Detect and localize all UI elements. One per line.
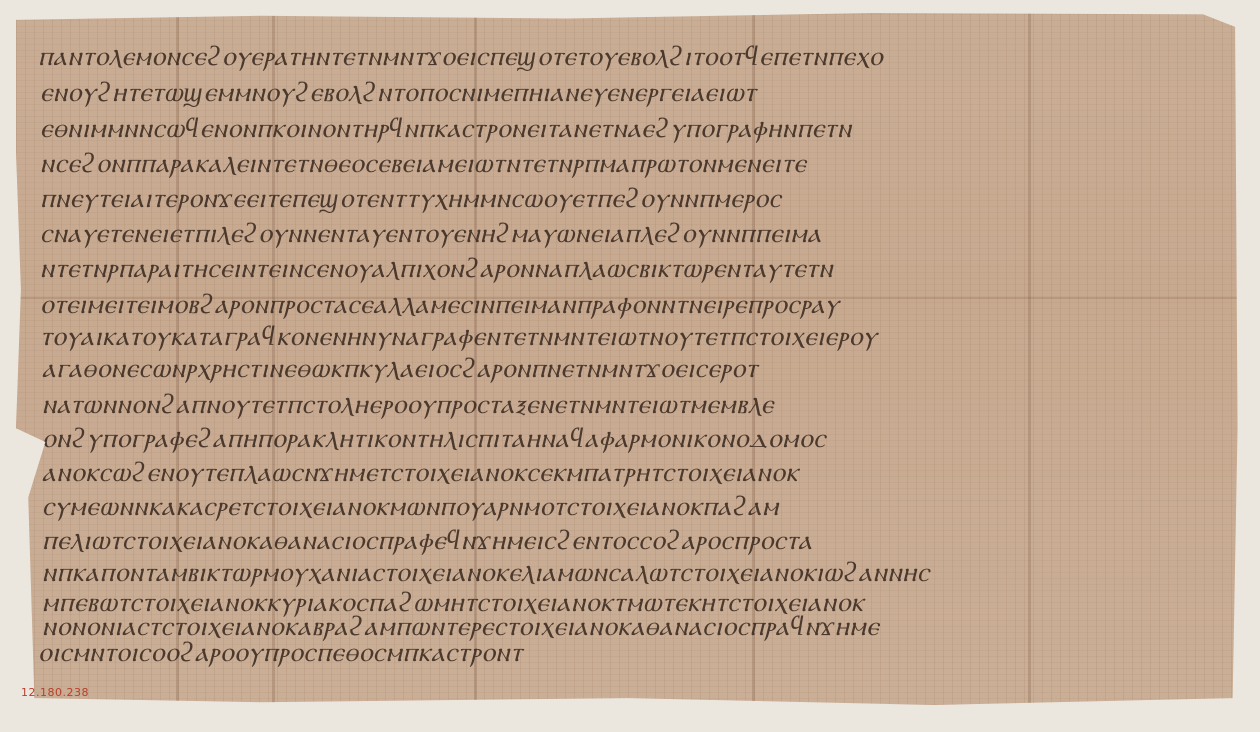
text-line: ⲛⲥⲉϩⲟⲛⲡⲡⲁⲣⲁⲕⲁⲗⲉⲓⲛⲧⲉⲧⲛⲑⲉⲟⲥⲉⲃⲉⲓⲁⲙⲉⲓⲱⲧⲛⲧⲉⲧⲛ… — [40, 148, 806, 180]
text-line: ⲛⲡⲕⲁⲡⲟⲛⲧⲁⲙⲃⲓⲕⲧⲱⲣⲙⲟⲩⲭⲁⲛⲓⲁⲥⲧⲟⲓⲭⲉⲓⲁⲛⲟⲕⲉⲗⲓⲁⲙ… — [42, 557, 930, 589]
text-line: ⲥⲛⲁⲩⲉⲧⲉⲛⲉⲓⲉⲧⲡⲓⲗⲉϩⲟⲩⲛⲛⲉⲛⲧⲁⲩⲉⲛⲧⲟⲩⲉⲛⲏϩⲙⲁⲩⲱⲛ… — [40, 218, 822, 250]
text-line: ⲉⲛⲟⲩϩⲏⲧⲉⲧⲱϣⲉⲙⲙⲛⲟⲩϩⲉⲃⲟⲗϩⲛⲧⲟⲡⲟⲥⲛⲓⲙⲉⲡⲏⲓⲁⲛⲉⲩ… — [40, 77, 757, 109]
text-line: ⲥⲩⲙⲉⲱⲛⲛⲕⲁⲕⲁⲥⲣⲉⲧⲥⲧⲟⲓⲭⲉⲓⲁⲛⲟⲕⲙⲱⲛⲡⲟⲩⲁⲣⲛⲙⲟⲧⲥⲧ… — [42, 491, 779, 523]
text-line: ⲡⲁⲛⲧⲟⲗⲉⲙⲟⲛⲥⲉϩⲟⲩⲉⲣⲁⲧⲏⲛⲧⲉⲧⲛⲙⲛⲧϫⲟⲉⲓⲥⲡⲉϣⲟⲧⲉⲧ… — [38, 41, 883, 73]
text-line: ⲛⲁⲧⲱⲛⲛⲟⲛϩⲁⲡⲛⲟⲩⲧⲉⲧⲡⲥⲧⲟⲗⲏⲉⲣⲟⲟⲩⲡⲣⲟⲥⲧⲁⲝⲉⲛⲉⲧⲛ… — [42, 389, 774, 421]
papyrus-sheet: ⲡⲁⲛⲧⲟⲗⲉⲙⲟⲛⲥⲉϩⲟⲩⲉⲣⲁⲧⲏⲛⲧⲉⲧⲛⲙⲛⲧϫⲟⲉⲓⲥⲡⲉϣⲟⲧⲉⲧ… — [16, 13, 1240, 705]
text-line: ⲁⲅⲁⲑⲟⲛⲉⲥⲱⲛⲣⲭⲣⲏⲥⲧⲓⲛⲉⲑⲱⲕⲡⲕⲩⲗⲁⲉⲓⲟⲥϩⲁⲣⲟⲛⲡⲛⲉⲧ… — [42, 353, 758, 385]
text-line: ⲉⲑⲛⲓⲙⲙⲛⲛⲥⲱϥⲉⲛⲟⲛⲡⲕⲟⲓⲛⲟⲛⲧⲏⲣϥⲛⲡⲕⲁⲥⲧⲣⲟⲛⲉⲓⲧⲁⲛ… — [40, 113, 852, 145]
text-line: ⲟⲛϩⲩⲡⲟⲅⲣⲁⲫⲉϩⲁⲡⲏⲡⲟⲣⲁⲕⲗⲏⲧⲓⲕⲟⲛⲧⲏⲗⲓⲥⲡⲓⲧⲁⲏⲛⲁϥ… — [42, 423, 826, 455]
accession-number: 12.180.238 — [21, 686, 89, 699]
text-line: ⲡⲛⲉⲩⲧⲉⲓⲁⲓⲧⲉⲣⲟⲛϫⲉⲉⲓⲧⲉⲡⲉϣⲟⲧⲉⲛⲧⲧⲩⲭⲏⲙⲙⲛⲥⲱⲟⲩⲉ… — [40, 183, 781, 215]
text-line: ⲟⲧⲉⲓⲙⲉⲓⲧⲉⲓⲙⲟⲃϩⲁⲣⲟⲛⲡⲣⲟⲥⲧⲁⲥⲉⲁⲗⲗⲁⲙⲉⲥⲓⲛⲡⲉⲓⲙⲁ… — [40, 289, 839, 321]
text-line: ⲧⲟⲩⲁⲓⲕⲁⲧⲟⲩⲕⲁⲧⲁⲅⲣⲁϥⲕⲟⲛⲉⲛⲏⲛⲩⲛⲁⲅⲣⲁⲫⲉⲛⲧⲉⲧⲛⲙⲛ… — [40, 321, 878, 353]
text-line: ⲛⲧⲉⲧⲛⲣⲡⲁⲣⲁⲓⲧⲏⲥⲉⲓⲛⲧⲉⲓⲛⲥⲉⲛⲟⲩⲁⲗⲡⲓⲭⲟⲛϩⲁⲣⲟⲛⲛⲁ… — [40, 253, 833, 285]
text-line: ⲟⲓⲥⲙⲛⲧⲟⲓⲥⲟⲟϩⲁⲣⲟⲟⲩⲡⲣⲟⲥⲡⲉⲑⲟⲥⲙⲡⲕⲁⲥⲧⲣⲟⲛⲧ — [38, 637, 523, 669]
kollesis-seam — [1028, 13, 1031, 705]
text-line: ⲡⲉⲗⲓⲱⲧⲥⲧⲟⲓⲭⲉⲓⲁⲛⲟⲕⲁⲑⲁⲛⲁⲥⲓⲟⲥⲡⲣⲁⲫⲉϥⲛϫⲏⲙⲉⲓⲥϩ… — [42, 525, 813, 557]
text-line: ⲁⲛⲟⲕⲥⲱϩⲉⲛⲟⲩⲧⲉⲡⲗⲁⲱⲥⲛϫⲏⲙⲉⲧⲥⲧⲟⲓⲭⲉⲓⲁⲛⲟⲕⲥⲉⲕⲙⲡ… — [42, 457, 799, 489]
